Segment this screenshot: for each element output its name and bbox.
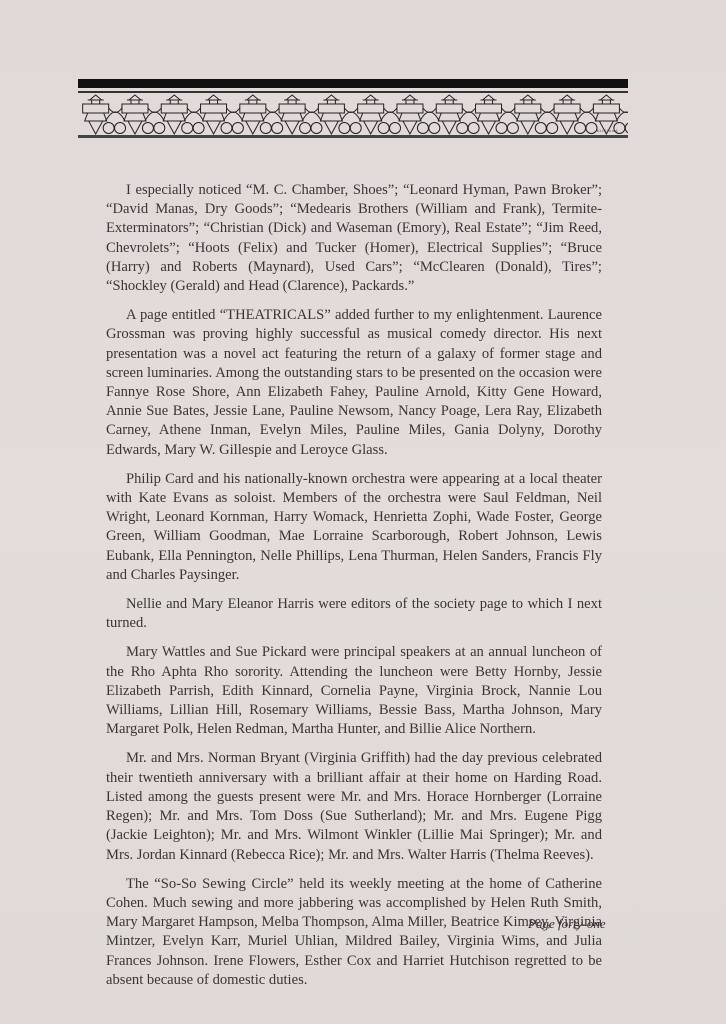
header-ornament: Kirkland	[78, 79, 628, 141]
article-body: I especially noticed “M. C. Chamber, Sho…	[106, 181, 602, 1000]
paragraph-society-editors: Nellie and Mary Eleanor Harris were edit…	[106, 595, 602, 633]
ornament-thick-rule	[78, 79, 628, 88]
page-number: Page forty-one	[528, 916, 606, 932]
paragraph-business-listings: I especially noticed “M. C. Chamber, Sho…	[106, 181, 602, 296]
document-page: Kirkland I especially noticed “M. C. Cha…	[0, 0, 726, 1024]
paragraph-orchestra: Philip Card and his nationally-known orc…	[106, 470, 602, 585]
paragraph-luncheon: Mary Wattles and Sue Pickard were princi…	[106, 643, 602, 739]
artist-signature: Kirkland	[597, 128, 618, 133]
paragraph-sewing-circle: The “So-So Sewing Circle” held its weekl…	[106, 875, 602, 990]
paragraph-theatricals: A page entitled “THEATRICALS” added furt…	[106, 306, 602, 460]
art-deco-figures-icon	[78, 93, 628, 135]
ornament-thin-rule-bottom	[78, 135, 628, 138]
paragraph-anniversary: Mr. and Mrs. Norman Bryant (Virginia Gri…	[106, 749, 602, 864]
